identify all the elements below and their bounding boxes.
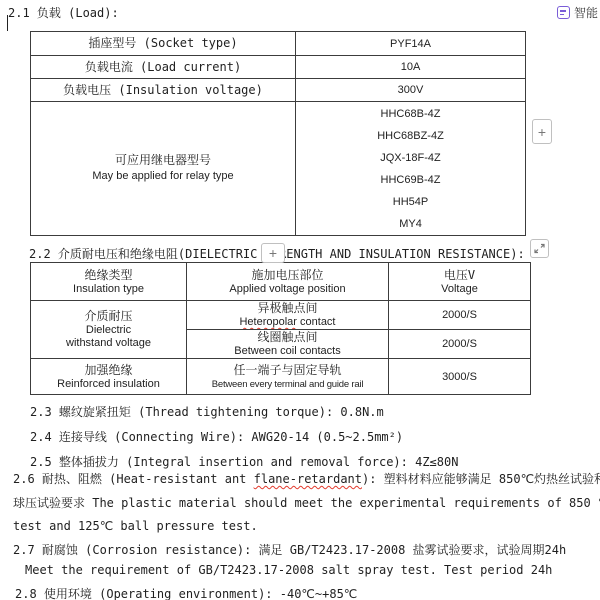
- table-resize-handle[interactable]: [530, 239, 549, 258]
- section-2-7-line2: Meet the requirement of GB/T2423.17-2008…: [25, 563, 552, 577]
- header-cn: 绝缘类型: [33, 268, 184, 283]
- table-row: 可应用继电器型号 May be applied for relay type H…: [31, 102, 526, 236]
- section-2-6-line3: test and 125℃ ball pressure test.: [13, 519, 258, 533]
- header-cn: 施加电压部位: [189, 268, 386, 283]
- cell-en: Between coil contacts: [189, 345, 386, 358]
- heteropolar-contact-cell: 异极触点间 Heteropolar contact: [187, 301, 389, 330]
- add-row-button[interactable]: +: [261, 243, 285, 263]
- section-2-7-line1: 2.7 耐腐蚀 (Corrosion resistance): 满足 GB/T2…: [13, 541, 566, 558]
- section-2-4: 2.4 连接导线 (Connecting Wire): AWG20-14 (0.…: [30, 428, 403, 445]
- relay-type-label-cn: 可应用继电器型号: [33, 153, 293, 168]
- cell-en: Dielectric: [33, 324, 184, 337]
- header-applied-position: 施加电压部位 Applied voltage position: [187, 263, 389, 301]
- relay-type-values-cell: HHC68B-4Z HHC68BZ-4Z JQX-18F-4Z HHC69B-4…: [296, 102, 526, 236]
- section-2-6-suffix: ): 塑料材料应能够满足 850℃灼热丝试验和 125℃: [362, 472, 600, 486]
- misspelled-word: Heteropolar: [239, 316, 296, 328]
- load-current-value: 10A: [296, 56, 526, 79]
- reinforced-insulation-cell: 加强绝缘 Reinforced insulation: [31, 359, 187, 395]
- smart-assistant-label: 智能: [574, 4, 598, 21]
- load-voltage-label: 负载电压 (Insulation voltage): [31, 79, 296, 102]
- socket-type-value: PYF14A: [296, 32, 526, 56]
- relay-type-label-en: May be applied for relay type: [33, 168, 293, 184]
- relay-model: HHC68BZ-4Z: [298, 125, 523, 147]
- table-header-row: 绝缘类型 Insulation type 施加电压部位 Applied volt…: [31, 263, 531, 301]
- load-current-label: 负载电流 (Load current): [31, 56, 296, 79]
- section-2-3: 2.3 螺纹旋紧扭矩 (Thread tightening torque): 0…: [30, 403, 384, 420]
- table-row: 负载电压 (Insulation voltage) 300V: [31, 79, 526, 102]
- voltage-value: 2000/S: [389, 330, 531, 359]
- text-caret: [7, 15, 8, 31]
- cell-cn: 介质耐压: [33, 309, 184, 324]
- relay-model: HHC68B-4Z: [298, 103, 523, 125]
- relay-model: HHC69B-4Z: [298, 169, 523, 191]
- smart-assistant-button[interactable]: 智能: [557, 4, 598, 21]
- section-2-8: 2.8 使用环境 (Operating environment): -40℃~+…: [15, 585, 357, 600]
- header-en: Insulation type: [33, 283, 184, 296]
- socket-type-label: 插座型号 (Socket type): [31, 32, 296, 56]
- dielectric-withstand-cell: 介质耐压 Dielectric withstand voltage: [31, 301, 187, 359]
- cell-cn: 异极触点间: [189, 301, 386, 316]
- cell-cn: 加强绝缘: [33, 363, 184, 378]
- relay-model: HH54P: [298, 191, 523, 213]
- resize-expand-icon: [533, 242, 546, 255]
- header-en: Voltage: [391, 283, 528, 296]
- table-row: 加强绝缘 Reinforced insulation 任一端子与固定导轨 Bet…: [31, 359, 531, 395]
- cell-en: Between every terminal and guide rail: [189, 378, 386, 391]
- relay-model: MY4: [298, 213, 523, 235]
- load-table: 插座型号 (Socket type) PYF14A 负载电流 (Load cur…: [30, 31, 526, 236]
- relay-model: JQX-18F-4Z: [298, 147, 523, 169]
- header-insulation-type: 绝缘类型 Insulation type: [31, 263, 187, 301]
- header-en: Applied voltage position: [189, 283, 386, 296]
- section-2-6-prefix: 2.6 耐热、阻燃 (Heat-resistant ant: [13, 472, 254, 486]
- cell-en: withstand voltage: [33, 337, 184, 350]
- load-voltage-value: 300V: [296, 79, 526, 102]
- table-row: 介质耐压 Dielectric withstand voltage 异极触点间 …: [31, 301, 531, 330]
- coil-contacts-cell: 线圈触点间 Between coil contacts: [187, 330, 389, 359]
- smart-assistant-icon: [557, 6, 570, 19]
- table-row: 负载电流 (Load current) 10A: [31, 56, 526, 79]
- misspelled-word: flane-retardant: [254, 472, 362, 486]
- header-voltage: 电压V Voltage: [389, 263, 531, 301]
- section-2-5: 2.5 整体插拔力 (Integral insertion and remova…: [30, 453, 458, 470]
- plus-icon: +: [269, 245, 277, 261]
- table-row: 插座型号 (Socket type) PYF14A: [31, 32, 526, 56]
- terminal-guide-rail-cell: 任一端子与固定导轨 Between every terminal and gui…: [187, 359, 389, 395]
- add-column-button[interactable]: +: [532, 119, 552, 144]
- dielectric-table: 绝缘类型 Insulation type 施加电压部位 Applied volt…: [30, 262, 531, 395]
- section-2-1-heading: 2.1 负载 (Load):: [8, 4, 119, 21]
- relay-type-label-cell: 可应用继电器型号 May be applied for relay type: [31, 102, 296, 236]
- section-2-6-line1: 2.6 耐热、阻燃 (Heat-resistant ant flane-reta…: [13, 470, 600, 487]
- header-cn: 电压V: [391, 268, 528, 283]
- cell-en: contact: [297, 316, 336, 328]
- voltage-value: 2000/S: [389, 301, 531, 330]
- plus-icon: +: [538, 124, 546, 140]
- cell-cn: 任一端子与固定导轨: [189, 363, 386, 378]
- cell-cn: 线圈触点间: [189, 330, 386, 345]
- section-2-6-line2: 球压试验要求 The plastic material should meet …: [13, 494, 600, 511]
- cell-en: Reinforced insulation: [33, 378, 184, 391]
- document-page: 2.1 负载 (Load): 智能 插座型号 (Socket type) PYF…: [0, 0, 600, 600]
- voltage-value: 3000/S: [389, 359, 531, 395]
